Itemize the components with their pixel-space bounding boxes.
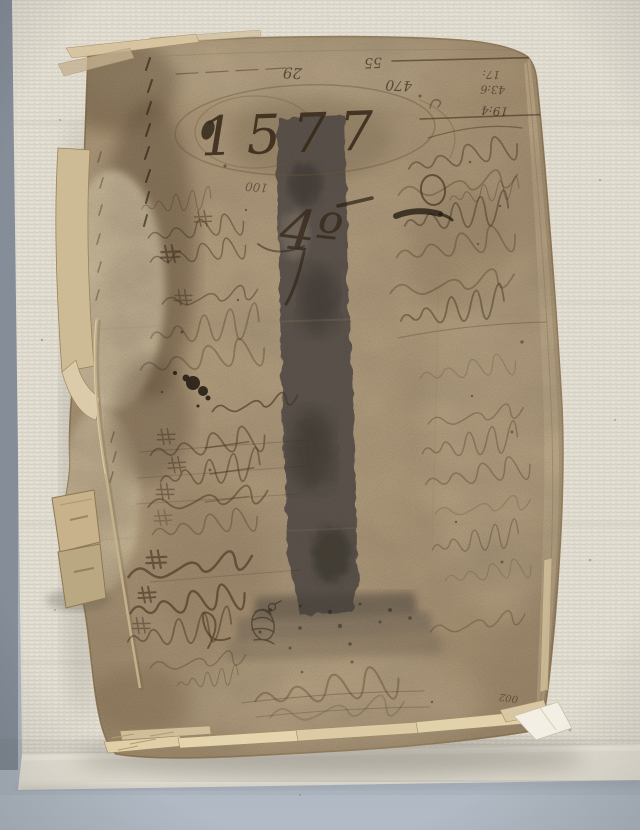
photo-vignette <box>0 0 640 830</box>
manuscript-photo: 1577 4º 29 55 470 17: 43:6 19:4 100 002 <box>0 0 640 830</box>
photo-canvas: 1577 4º 29 55 470 17: 43:6 19:4 100 002 <box>0 0 640 830</box>
